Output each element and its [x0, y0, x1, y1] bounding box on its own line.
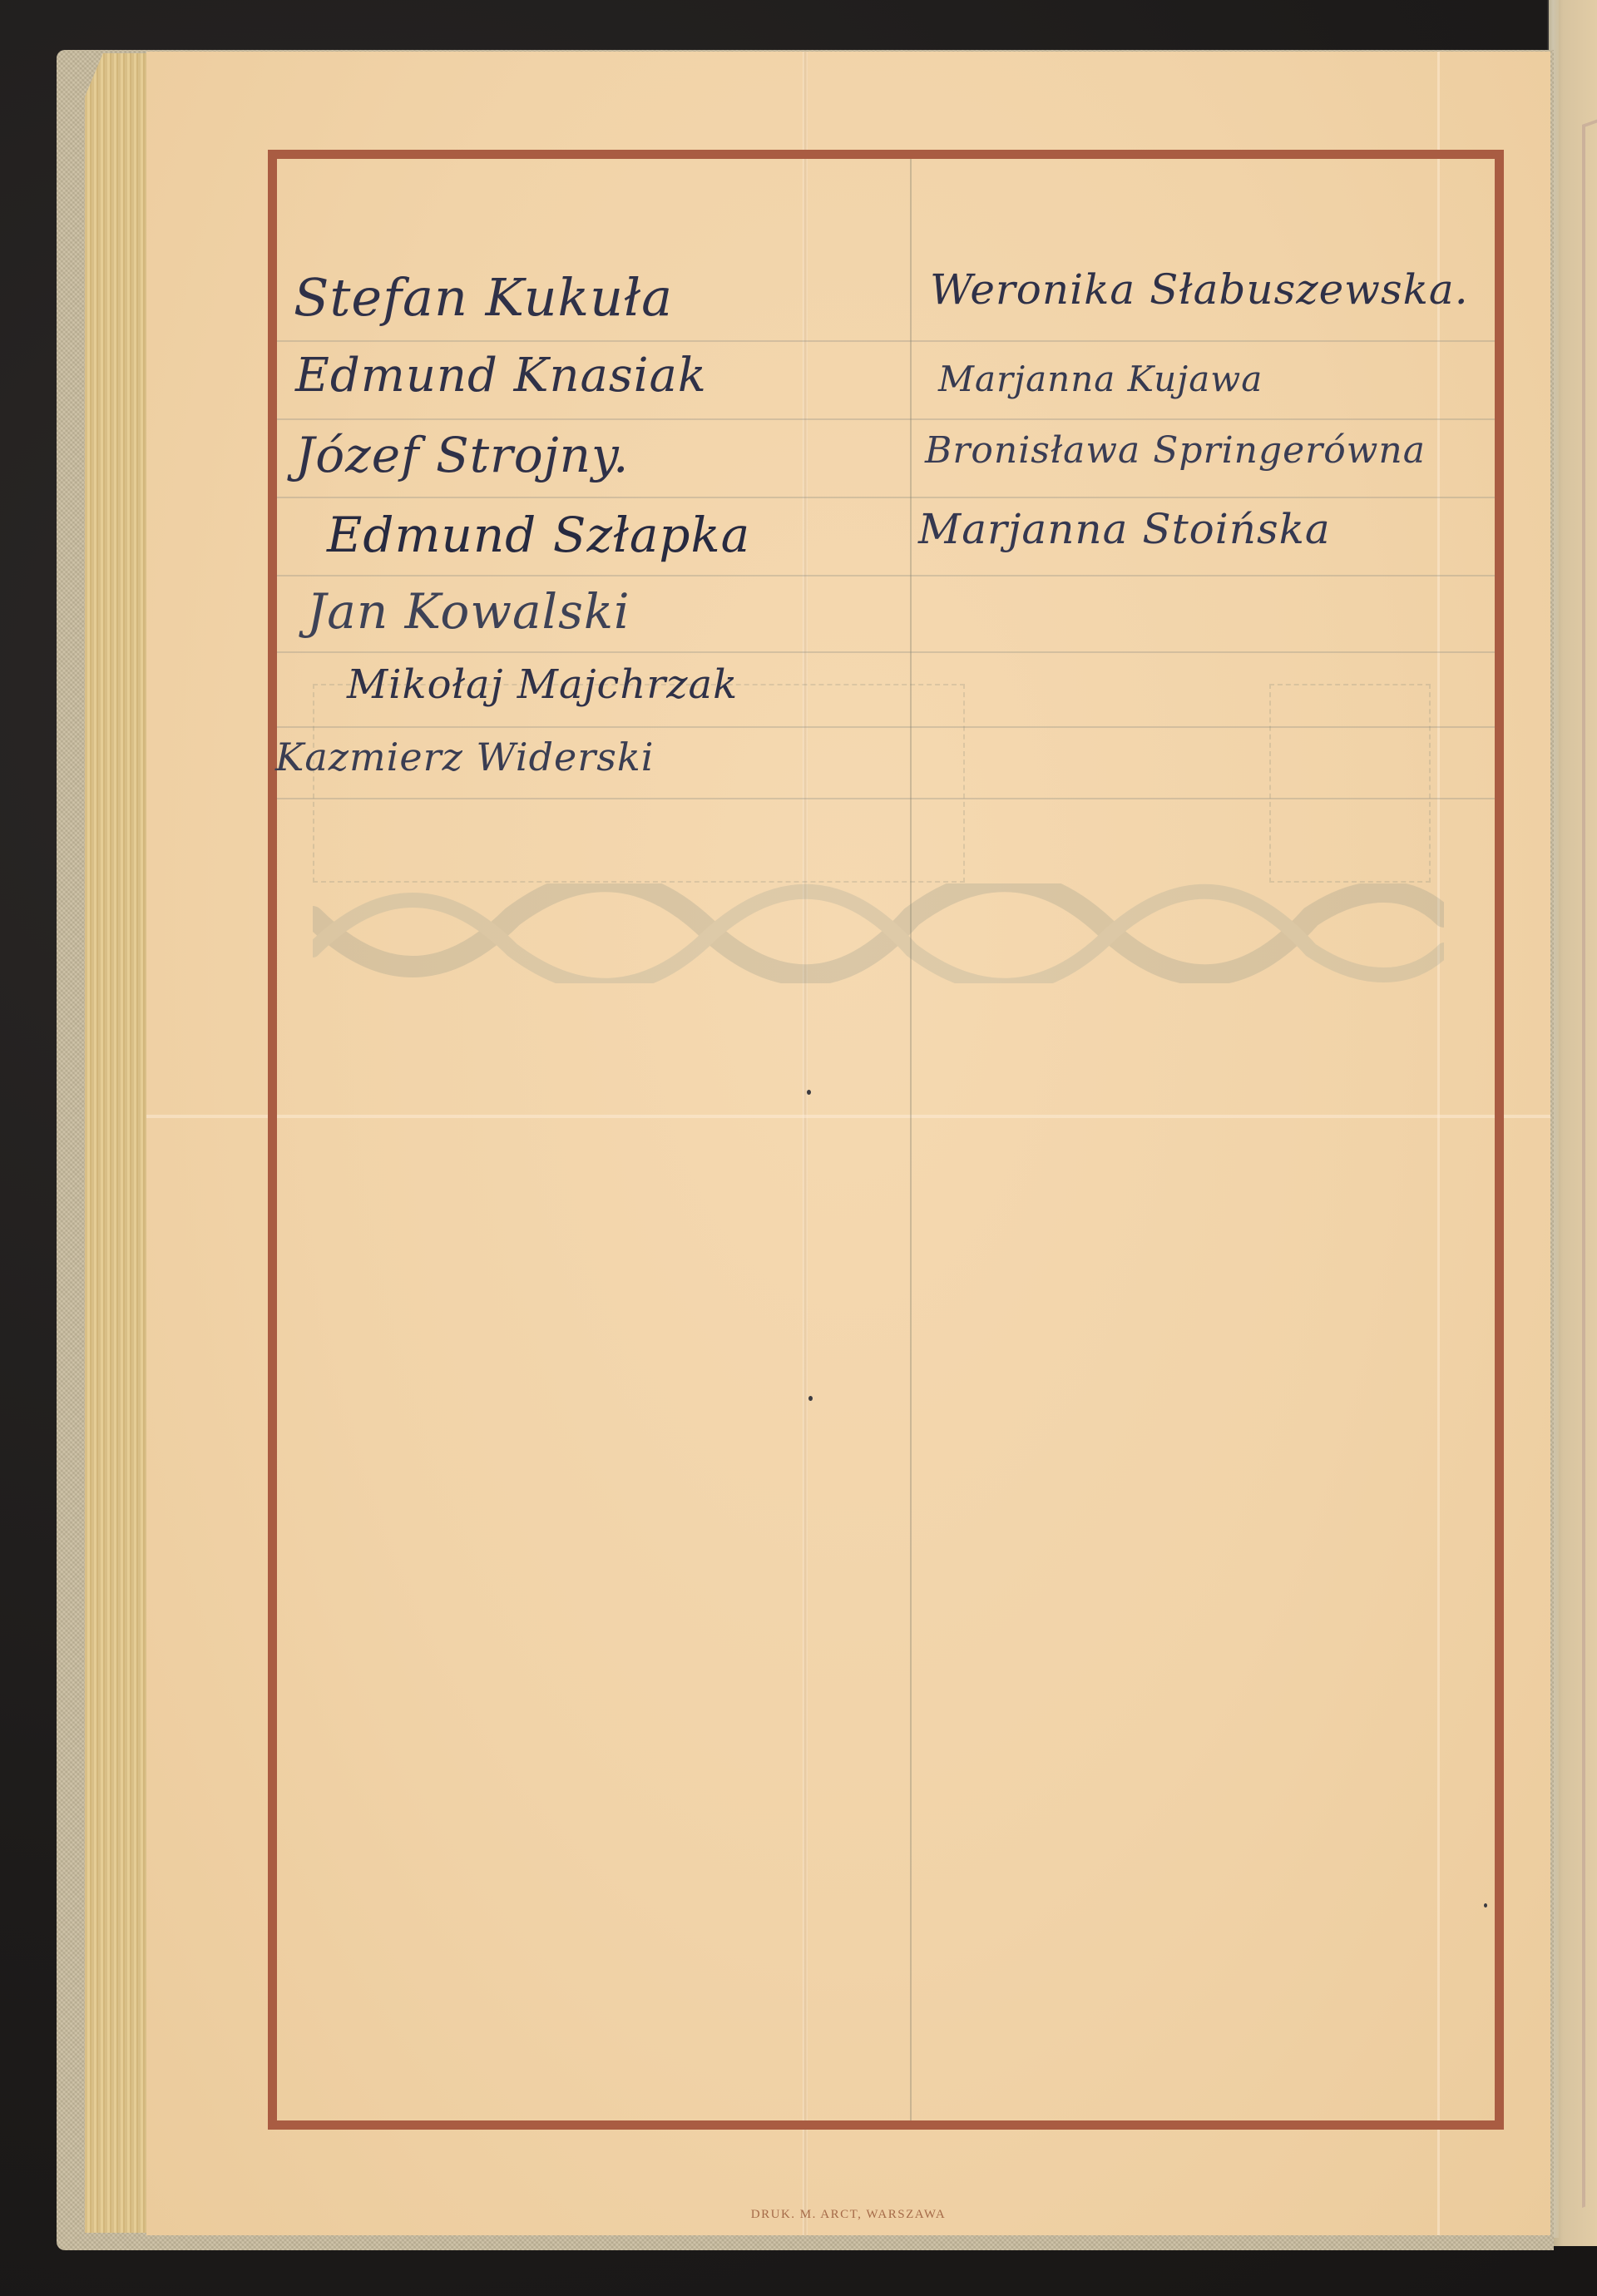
handwritten-name: Edmund Szłapka: [327, 507, 750, 563]
ruled-line: [277, 340, 1495, 342]
handwritten-name: Józef Strojny.: [295, 427, 629, 483]
handwritten-name: Stefan Kukuła: [294, 267, 673, 328]
page-leaf: Stefan Kukuła Edmund Knasiak Józef Stroj…: [146, 52, 1550, 2235]
handwritten-name: Edmund Knasiak: [295, 349, 707, 403]
ruled-line: [277, 651, 1495, 653]
ink-speck: [807, 1090, 811, 1095]
next-leaf-ornament: [1582, 106, 1597, 2208]
printer-imprint: DRUK. M. ARCT, WARSZAWA: [146, 2208, 1550, 2222]
ruled-line: [277, 418, 1495, 420]
ink-speck: [1484, 1903, 1487, 1908]
scan-scene: Stefan Kukuła Edmund Knasiak Józef Stroj…: [0, 0, 1597, 2296]
ruled-line: [277, 726, 1495, 728]
column-divider: [910, 159, 912, 2120]
handwritten-name: Mikołaj Majchrzak: [347, 661, 738, 708]
ruled-line: [277, 798, 1495, 799]
handwritten-name: Bronisława Springerówna: [925, 429, 1426, 472]
ruled-line: [277, 497, 1495, 498]
handwritten-name: Weronika Słabuszewska.: [930, 265, 1469, 314]
page-stack-edges: [85, 53, 150, 2233]
handwritten-name: Marjanna Stoińska: [918, 505, 1331, 553]
ruled-line: [277, 575, 1495, 576]
handwritten-name: Kazmierz Widerski: [275, 735, 654, 779]
ink-speck: [808, 1396, 813, 1401]
handwritten-name: Marjanna Kujawa: [938, 359, 1263, 399]
printed-red-frame: Stefan Kukuła Edmund Knasiak Józef Stroj…: [268, 150, 1504, 2130]
handwritten-name: Jan Kowalski: [307, 583, 630, 640]
